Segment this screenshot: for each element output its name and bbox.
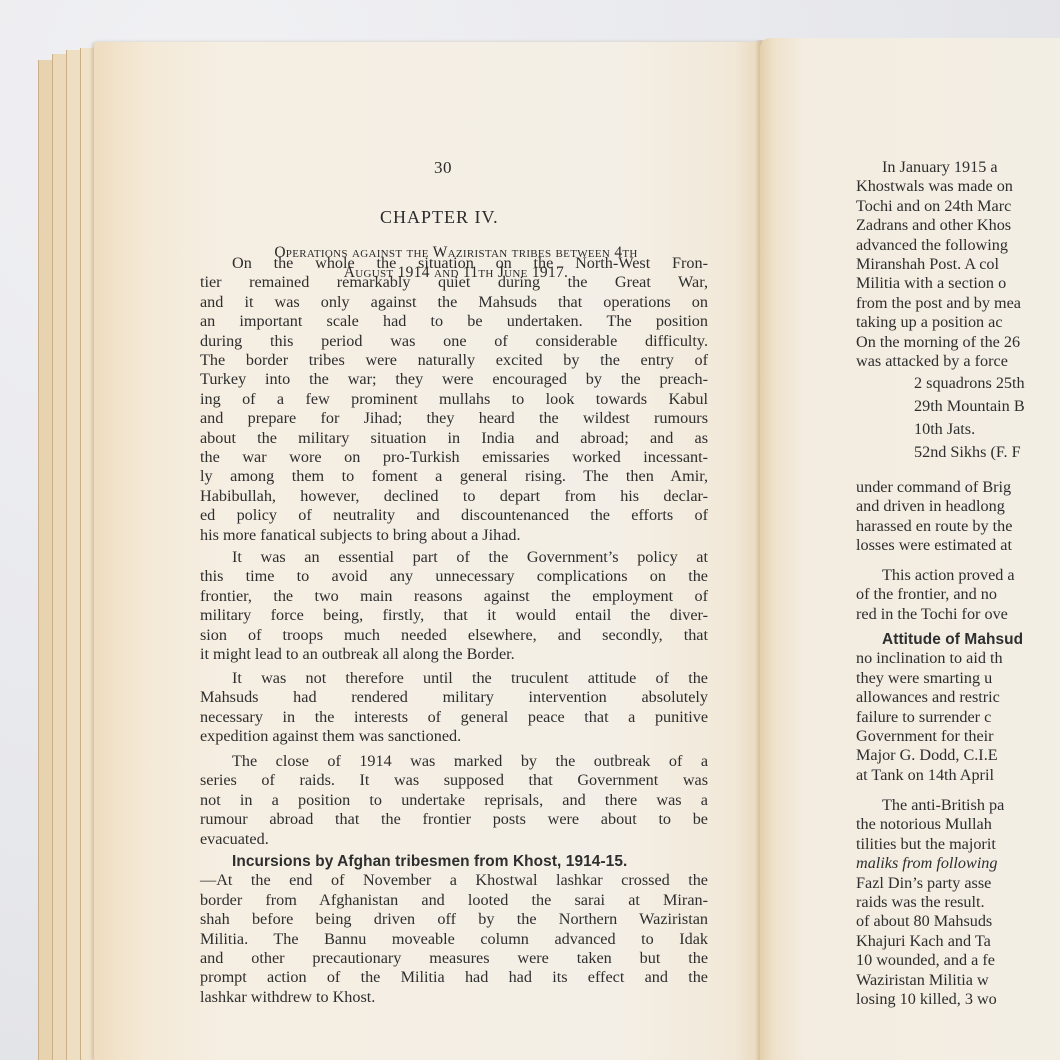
text-line: Habibullah, however, declined to depart … xyxy=(200,487,708,506)
text-line: it might lead to an outbreak all along t… xyxy=(200,645,708,664)
text-line: and it was only against the Mahsuds that… xyxy=(200,293,708,312)
text-line: failure to surrender c xyxy=(856,708,1060,727)
text-line: they were smarting u xyxy=(856,669,1060,688)
text-line: losses were estimated at xyxy=(856,536,1060,555)
text-line: was attacked by a force xyxy=(856,352,1060,371)
body-paragraph-2: It was an essential part of the Governme… xyxy=(200,548,708,664)
text-line: raids was the result. xyxy=(856,893,1060,912)
text-line: Khostwals was made on xyxy=(856,177,1060,196)
text-line: ing of a few prominent mullahs to look t… xyxy=(200,390,708,409)
text-line: rumour abroad that the frontier posts we… xyxy=(200,810,708,829)
text-line: and other precautionary measures were ta… xyxy=(200,949,708,968)
text-line: during this period was one of considerab… xyxy=(200,332,708,351)
text-line: ed policy of neutrality and discountenan… xyxy=(200,506,708,525)
text-line: from the post and by mea xyxy=(856,294,1060,313)
text-line: shah before being driven off by the Nort… xyxy=(200,910,708,929)
right-paragraph-5: The anti-British pa the notorious Mullah… xyxy=(856,796,1060,1009)
chapter-title: CHAPTER IV. xyxy=(380,207,499,228)
text-line: his more fanatical subjects to bring abo… xyxy=(200,526,708,545)
text-line: under command of Brig xyxy=(856,478,1060,497)
right-page: In January 1915 a Khostwals was made on … xyxy=(760,38,1060,1060)
text-line: In January 1915 a xyxy=(856,158,1060,177)
force-list-item: 10th Jats. xyxy=(856,418,1060,441)
text-line: Miranshah Post. A col xyxy=(856,255,1060,274)
text-line: about the military situation in India an… xyxy=(200,429,708,448)
text-line: sion of troops much needed elsewhere, an… xyxy=(200,626,708,645)
text-line: and prepare for Jihad; they heard the wi… xyxy=(200,409,708,428)
body-paragraph-4: The close of 1914 was marked by the outb… xyxy=(200,752,708,849)
text-line: Tochi and on 24th Marc xyxy=(856,197,1060,216)
force-list-item: 2 squadrons 25th xyxy=(856,372,1060,395)
text-line: Militia. The Bannu moveable column advan… xyxy=(200,930,708,949)
text-line: The border tribes were naturally excited… xyxy=(200,351,708,370)
text-line: frontier, the two main reasons against t… xyxy=(200,587,708,606)
text-line: prompt action of the Militia had had its… xyxy=(200,968,708,987)
body-paragraph-1: On the whole the situation on the North-… xyxy=(200,254,708,545)
section-heading: Incursions by Afghan tribesmen from Khos… xyxy=(200,852,708,871)
text-line: not in a position to undertake reprisals… xyxy=(200,791,708,810)
text-line: expedition against them was sanctioned. xyxy=(200,727,708,746)
text-line: Zadrans and other Khos xyxy=(856,216,1060,235)
right-section-mahsud: Attitude of Mahsud no inclination to aid… xyxy=(856,630,1060,785)
text-line: necessary in the interests of general pe… xyxy=(200,708,708,727)
text-line: Major G. Dodd, C.I.E xyxy=(856,746,1060,765)
force-list-item: 29th Mountain B xyxy=(856,395,1060,418)
text-line: maliks from following xyxy=(856,854,1060,873)
text-line: no inclination to aid th xyxy=(856,649,1060,668)
text-line: ly among them to foment a general rising… xyxy=(200,467,708,486)
text-line: Turkey into the war; they were encourage… xyxy=(200,370,708,389)
page-number: 30 xyxy=(434,158,452,178)
text-line: It was an essential part of the Governme… xyxy=(200,548,708,567)
text-line: The anti-British pa xyxy=(856,796,1060,815)
text-line: On the morning of the 26 xyxy=(856,333,1060,352)
text-line: Khajuri Kach and Ta xyxy=(856,932,1060,951)
text-line: Waziristan Militia w xyxy=(856,971,1060,990)
text-line: and driven in headlong xyxy=(856,497,1060,516)
text-line: The close of 1914 was marked by the outb… xyxy=(200,752,708,771)
text-line: of about 80 Mahsuds xyxy=(856,912,1060,931)
text-line: border from Afghanistan and looted the s… xyxy=(200,891,708,910)
text-line: this time to avoid any unnecessary compl… xyxy=(200,567,708,586)
text-line: tier remained remarkably quiet during th… xyxy=(200,273,708,292)
text-line: taking up a position ac xyxy=(856,313,1060,332)
section-incursions: Incursions by Afghan tribesmen from Khos… xyxy=(200,852,708,1007)
text-line: of the frontier, and no xyxy=(856,585,1060,604)
text-line: lashkar withdrew to Khost. xyxy=(200,988,708,1007)
text-line: the war wore on pro-Turkish emissaries w… xyxy=(200,448,708,467)
right-paragraph-2: under command of Brig and driven in head… xyxy=(856,478,1060,556)
text-line: harassed en route by the xyxy=(856,517,1060,536)
right-paragraph-3: This action proved a of the frontier, an… xyxy=(856,566,1060,624)
text-line: Mahsuds had rendered military interventi… xyxy=(200,688,708,707)
text-line: an important scale had to be undertaken.… xyxy=(200,312,708,331)
text-line: tilities but the majorit xyxy=(856,835,1060,854)
body-paragraph-3: It was not therefore until the truculent… xyxy=(200,669,708,747)
text-line: allowances and restric xyxy=(856,688,1060,707)
text-line: —At the end of November a Khostwal lashk… xyxy=(200,871,708,890)
text-line: at Tank on 14th April xyxy=(856,766,1060,785)
text-line: evacuated. xyxy=(200,830,708,849)
text-line: losing 10 killed, 3 wo xyxy=(856,990,1060,1009)
force-list: 2 squadrons 25th 29th Mountain B 10th Ja… xyxy=(856,372,1060,464)
text-line: On the whole the situation on the North-… xyxy=(200,254,708,273)
text-line: 10 wounded, and a fe xyxy=(856,951,1060,970)
text-line: advanced the following xyxy=(856,236,1060,255)
left-page: 30 CHAPTER IV. Operations against the Wa… xyxy=(94,42,762,1060)
text-line: Fazl Din’s party asse xyxy=(856,874,1060,893)
text-line: red in the Tochi for ove xyxy=(856,605,1060,624)
text-line: It was not therefore until the truculent… xyxy=(200,669,708,688)
section-heading: Attitude of Mahsud xyxy=(856,630,1060,649)
text-line: Militia with a section o xyxy=(856,274,1060,293)
text-line: military force being, firstly, that it w… xyxy=(200,606,708,625)
text-line: This action proved a xyxy=(856,566,1060,585)
right-paragraph-1: In January 1915 a Khostwals was made on … xyxy=(856,158,1060,371)
text-line: Government for their xyxy=(856,727,1060,746)
text-line: series of raids. It was supposed that Go… xyxy=(200,771,708,790)
text-line: the notorious Mullah xyxy=(856,815,1060,834)
force-list-item: 52nd Sikhs (F. F xyxy=(856,441,1060,464)
